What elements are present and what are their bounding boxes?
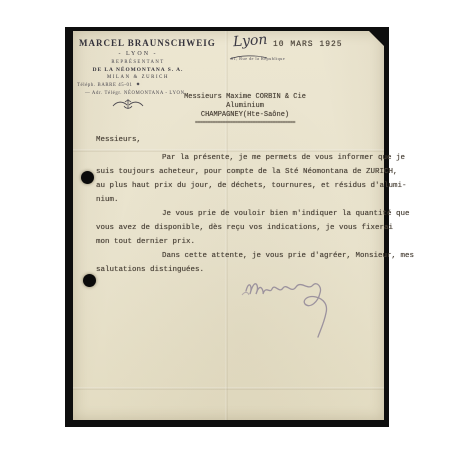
- folded-corner: [369, 31, 384, 46]
- body-line: Par la présente, je me permets de vous i…: [96, 151, 376, 165]
- sender-company: DE LA NÉOMONTANA S. A.: [79, 67, 197, 73]
- recipient-name: Messieurs Maxime CORBIN & Cie: [177, 93, 313, 102]
- street-address: 81, Rue de la République: [231, 56, 285, 61]
- salutation: Messieurs,: [96, 136, 141, 144]
- body-line: au plus haut prix du jour, de déchets, t…: [96, 179, 376, 193]
- body-line: suis toujours acheteur, pour compte de l…: [96, 165, 376, 179]
- body-line: mon tout dernier prix.: [96, 235, 376, 249]
- body-line: vous avez de disponible, dès reçu vos in…: [96, 221, 376, 235]
- recipient-trade: Aluminium: [177, 102, 313, 111]
- sender-city: - LYON -: [79, 51, 197, 57]
- paragraph-2: Je vous prie de vouloir bien m'indiquer …: [96, 207, 376, 249]
- recipient-location: CHAMPAGNEY(Hte-Saône): [177, 111, 313, 120]
- body-line: Je vous prie de vouloir bien m'indiquer …: [96, 207, 376, 221]
- flourish-ornament-icon: [111, 97, 145, 116]
- city-script: Lyon: [232, 32, 267, 50]
- phone-line: Téléph. BARRE 45-01: [77, 83, 227, 88]
- punch-hole-icon: [83, 274, 96, 287]
- letter-date: 10 MARS 1925: [273, 40, 343, 49]
- sender-name: MARCEL BRAUNSCHWEIG: [79, 38, 197, 48]
- paragraph-1: Par la présente, je me permets de vous i…: [96, 151, 376, 207]
- letterhead: MARCEL BRAUNSCHWEIG - LYON - REPRÉSENTAN…: [79, 38, 197, 86]
- recipient-underline: ========================================: [177, 120, 313, 127]
- sender-offices: MILAN & ZURICH: [79, 75, 197, 80]
- signature-scrawl: [236, 261, 356, 344]
- recipient-block: Messieurs Maxime CORBIN & Cie Aluminium …: [177, 93, 313, 127]
- photo-frame: MARCEL BRAUNSCHWEIG - LYON - REPRÉSENTAN…: [65, 27, 389, 427]
- punch-hole-icon: [81, 171, 94, 184]
- sender-role: REPRÉSENTANT: [79, 60, 197, 65]
- paper-crease: [73, 387, 384, 390]
- body-line: nium.: [96, 193, 376, 207]
- letter-paper: MARCEL BRAUNSCHWEIG - LYON - REPRÉSENTAN…: [73, 31, 384, 420]
